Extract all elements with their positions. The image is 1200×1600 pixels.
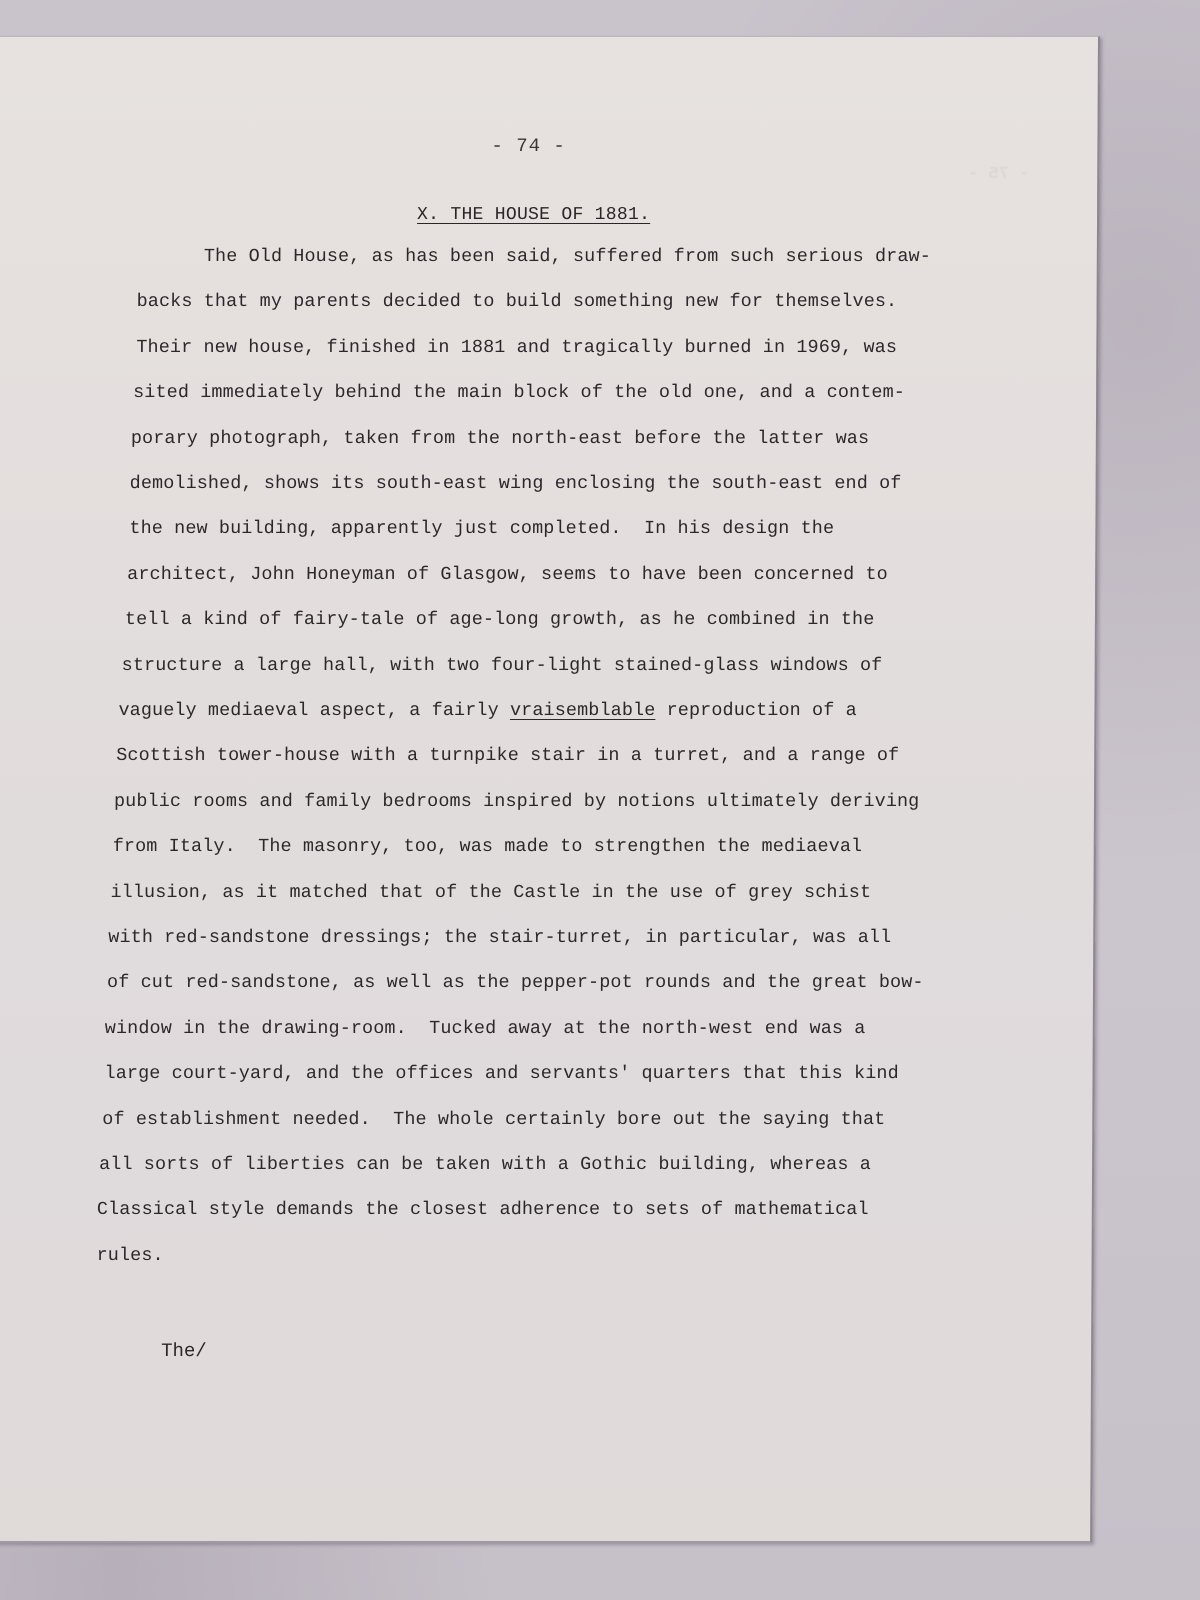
text-line: Scottish tower-house with a turnpike sta…	[116, 741, 899, 771]
text-line: backs that my parents decided to build s…	[137, 287, 898, 317]
text-line: porary photograph, taken from the north-…	[131, 424, 869, 454]
text-line: demolished, shows its south-east wing en…	[130, 469, 902, 499]
text-line: rules.	[97, 1241, 164, 1271]
chapter-heading: X. THE HOUSE OF 1881.	[417, 205, 650, 225]
text-line: Classical style demands the closest adhe…	[97, 1195, 869, 1225]
text-line: of establishment needed. The whole certa…	[102, 1105, 885, 1135]
text-line: illusion, as it matched that of the Cast…	[110, 878, 871, 908]
text-line: window in the drawing-room. Tucked away …	[105, 1014, 866, 1044]
text-line: Their new house, finished in 1881 and tr…	[136, 333, 897, 363]
text-line: large court-yard, and the offices and se…	[104, 1059, 898, 1089]
text-line: from Italy. The masonry, too, was made t…	[113, 832, 863, 862]
text-line: of cut red-sandstone, as well as the pep…	[107, 968, 924, 998]
text-line: architect, John Honeyman of Glasgow, see…	[127, 560, 888, 590]
typewritten-page: - 75 - - 74 - X. THE HOUSE OF 1881. The …	[0, 36, 1100, 1543]
text-line: with red-sandstone dressings; the stair-…	[108, 923, 891, 953]
text-line: structure a large hall, with two four-li…	[122, 651, 883, 681]
text-line: all sorts of liberties can be taken with…	[99, 1150, 871, 1180]
text-line: sited immediately behind the main block …	[133, 378, 905, 408]
text-line: public rooms and family bedrooms inspire…	[114, 787, 920, 817]
underlined-word: vraisemblable	[510, 700, 656, 721]
text-line: tell a kind of fairy-tale of age-long gr…	[125, 605, 875, 635]
text-line: the new building, apparently just comple…	[129, 514, 834, 544]
text-line: vaguely mediaeval aspect, a fairly vrais…	[118, 696, 856, 726]
page-number: - 74 -	[491, 135, 566, 157]
reverse-side-showthrough: - 75 -	[149, 152, 1029, 197]
catchword: The/	[161, 1340, 207, 1362]
text-line: The Old House, as has been said, suffere…	[204, 242, 931, 272]
